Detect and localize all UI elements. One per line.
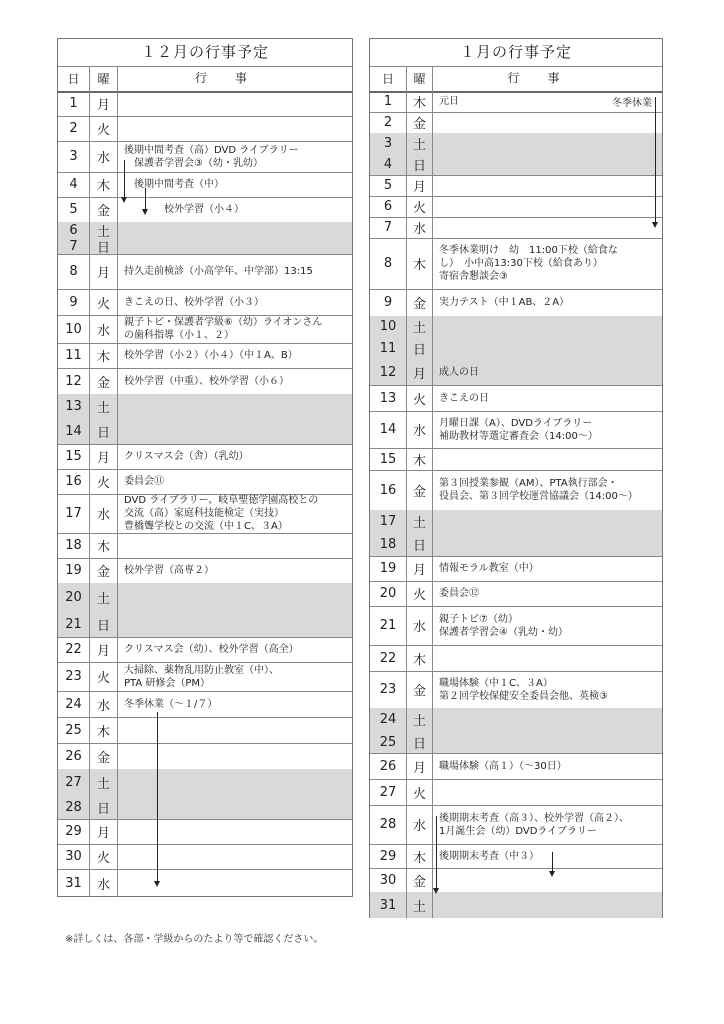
weekday: 火 bbox=[90, 469, 118, 494]
weekday: 木 bbox=[407, 844, 433, 868]
day-number: 20 bbox=[58, 583, 90, 611]
table-row: 9火きこえの日、校外学習（小３） bbox=[58, 289, 352, 316]
table-row: 15木 bbox=[370, 448, 662, 471]
event-text: 実力テスト（中１AB、２A） bbox=[433, 289, 662, 316]
table-row: 28水後期期末考査（高３）、校外学習（高２）、 1月誕生会（幼）DVDライブラリ… bbox=[370, 805, 662, 845]
weekday: 木 bbox=[90, 343, 118, 368]
day-number: 19 bbox=[58, 558, 90, 583]
day-number: 22 bbox=[58, 637, 90, 662]
header-events: 行事 bbox=[433, 66, 662, 91]
day-number: 22 bbox=[370, 645, 407, 671]
table-row: 15月クリスマス会（舎）（乳幼） bbox=[58, 444, 352, 470]
weekday: 金 bbox=[407, 671, 433, 708]
day-number: 24 bbox=[370, 708, 407, 731]
day-number: 30 bbox=[370, 868, 407, 892]
table-row: 25木 bbox=[58, 717, 352, 744]
footnote: ※詳しくは、各部・学級からのたより等で確認ください。 bbox=[65, 930, 323, 945]
table-row: 27火 bbox=[370, 779, 662, 806]
table-row: 28日 bbox=[58, 795, 352, 820]
event-text bbox=[118, 222, 352, 238]
table-row: 23火大掃除、薬物乱用防止教室（中）、 PTA 研修会（PM） bbox=[58, 662, 352, 692]
day-number: 17 bbox=[58, 494, 90, 533]
event-text bbox=[118, 91, 352, 116]
day-number: 25 bbox=[370, 731, 407, 753]
day-number: 28 bbox=[58, 795, 90, 819]
day-number: 31 bbox=[370, 892, 407, 918]
day-number: 6 bbox=[58, 222, 90, 238]
event-text bbox=[118, 116, 352, 141]
weekday: 水 bbox=[407, 411, 433, 448]
weekday: 木 bbox=[407, 645, 433, 671]
day-number: 16 bbox=[370, 470, 407, 510]
day-number: 12 bbox=[58, 368, 90, 394]
table-row: 9金実力テスト（中１AB、２A） bbox=[370, 289, 662, 317]
table-row: 13土 bbox=[58, 394, 352, 420]
day-number: 4 bbox=[370, 154, 407, 175]
day-number: 9 bbox=[58, 289, 90, 315]
day-number: 19 bbox=[370, 556, 407, 581]
event-text: クリスマス会（幼）、校外学習（高全） bbox=[118, 637, 352, 662]
weekday: 金 bbox=[90, 743, 118, 769]
arrow-down-icon bbox=[552, 852, 553, 872]
table-row: 11日 bbox=[370, 337, 662, 361]
event-text bbox=[433, 448, 662, 470]
january-schedule-table: １月の行事予定 日 曜 行事 1木元日冬季休業2金3土4日5月6火7水8木冬季休… bbox=[369, 38, 663, 918]
table-row: 31水 bbox=[58, 869, 352, 897]
weekday: 水 bbox=[407, 217, 433, 238]
day-number: 13 bbox=[58, 394, 90, 419]
weekday: 水 bbox=[90, 691, 118, 717]
weekday: 木 bbox=[90, 172, 118, 197]
table-row: 26月職場体験（高１）（～30日） bbox=[370, 753, 662, 780]
table-row: 1月 bbox=[58, 91, 352, 117]
event-text bbox=[118, 611, 352, 637]
event-text bbox=[118, 717, 352, 743]
table-row: 5金 校外学習（小４） bbox=[58, 197, 352, 223]
table-row: 27土 bbox=[58, 769, 352, 796]
event-text bbox=[433, 112, 662, 133]
table-row: 16金第３回授業参観（AM）、PTA執行部会・ 役員会、第３回学校運営協議会（1… bbox=[370, 470, 662, 511]
table-row: 22木 bbox=[370, 645, 662, 672]
weekday: 日 bbox=[90, 419, 118, 444]
weekday: 水 bbox=[90, 869, 118, 897]
event-text: 持久走前検診（小高学年、中学部）13:15 bbox=[118, 254, 352, 289]
weekday: 木 bbox=[90, 533, 118, 558]
day-number: 25 bbox=[58, 717, 90, 743]
weekday: 土 bbox=[407, 708, 433, 731]
table-row: 17水DVD ライブラリー、岐阜聖徳学園高校との 交流（高）家庭科技能検定（実技… bbox=[58, 494, 352, 534]
table-row: 12月成人の日 bbox=[370, 360, 662, 386]
day-number: 27 bbox=[58, 769, 90, 795]
weekday: 金 bbox=[407, 289, 433, 316]
event-text: 校外学習（小２）（小４）（中１A、B） bbox=[118, 343, 352, 368]
header-day: 日 bbox=[58, 66, 90, 91]
header-weekday: 曜 bbox=[407, 66, 433, 91]
weekday: 土 bbox=[90, 769, 118, 795]
event-text: 校外学習（高専２） bbox=[118, 558, 352, 583]
event-text: きこえの日、校外学習（小３） bbox=[118, 289, 352, 315]
event-text bbox=[118, 394, 352, 419]
day-number: 1 bbox=[58, 91, 90, 116]
event-text: 職場体験（中１C、３A） 第２回学校保健安全委員会他、英検③ bbox=[433, 671, 662, 708]
weekday: 金 bbox=[407, 868, 433, 892]
weekday: 木 bbox=[90, 717, 118, 743]
event-text bbox=[433, 708, 662, 731]
event-text: 親子トピ⑦（幼） 保護者学習会④（乳幼・幼） bbox=[433, 606, 662, 645]
event-text bbox=[433, 154, 662, 175]
day-number: 7 bbox=[370, 217, 407, 238]
day-number: 8 bbox=[370, 238, 407, 289]
event-text bbox=[118, 743, 352, 769]
event-text bbox=[118, 583, 352, 611]
table-row: 7日 bbox=[58, 238, 352, 255]
day-number: 15 bbox=[58, 444, 90, 469]
event-text bbox=[118, 533, 352, 558]
table-row: 13火きこえの日 bbox=[370, 385, 662, 412]
event-text bbox=[433, 645, 662, 671]
event-text: 後期期末考査（高３）、校外学習（高２）、 1月誕生会（幼）DVDライブラリー bbox=[433, 805, 662, 844]
weekday: 月 bbox=[407, 753, 433, 779]
table-row: 2金 bbox=[370, 112, 662, 134]
table-row: 8木冬季休業明け 幼 11:00下校（給食な し） 小中高13:30下校（給食あ… bbox=[370, 238, 662, 290]
january-title: １月の行事予定 bbox=[370, 39, 662, 67]
weekday: 日 bbox=[407, 731, 433, 753]
table-row: 21水親子トピ⑦（幼） 保護者学習会④（乳幼・幼） bbox=[370, 606, 662, 646]
weekday: 土 bbox=[407, 510, 433, 533]
weekday: 土 bbox=[407, 316, 433, 337]
table-row: 3水後期中間考査（高）DVD ライブラリー 保護者学習会③（幼・乳幼） bbox=[58, 141, 352, 173]
day-number: 23 bbox=[58, 662, 90, 691]
day-number: 5 bbox=[370, 175, 407, 196]
table-row: 29月 bbox=[58, 819, 352, 845]
table-row: 22月クリスマス会（幼）、校外学習（高全） bbox=[58, 637, 352, 663]
weekday: 月 bbox=[90, 444, 118, 469]
table-row: 16火委員会⑪ bbox=[58, 469, 352, 495]
day-number: 28 bbox=[370, 805, 407, 844]
table-row: 24水冬季休業（～１/７） bbox=[58, 691, 352, 718]
event-text bbox=[433, 196, 662, 217]
event-text bbox=[118, 795, 352, 819]
event-text bbox=[118, 769, 352, 795]
event-text bbox=[118, 844, 352, 869]
event-text bbox=[118, 419, 352, 444]
day-number: 11 bbox=[58, 343, 90, 368]
weekday: 土 bbox=[407, 892, 433, 918]
table-row: 14日 bbox=[58, 419, 352, 445]
day-number: 7 bbox=[58, 238, 90, 254]
table-row: 29木後期期末考査（中３） bbox=[370, 844, 662, 869]
weekday: 月 bbox=[90, 91, 118, 116]
day-number: 16 bbox=[58, 469, 90, 494]
day-number: 2 bbox=[58, 116, 90, 141]
day-number: 13 bbox=[370, 385, 407, 411]
event-text: 冬季休業（～１/７） bbox=[118, 691, 352, 717]
weekday: 月 bbox=[90, 637, 118, 662]
table-row: 17土 bbox=[370, 510, 662, 534]
weekday: 月 bbox=[90, 254, 118, 289]
weekday: 火 bbox=[407, 581, 433, 606]
december-schedule-table: １２月の行事予定 日 曜 行事 1月2火3水後期中間考査（高）DVD ライブラリ… bbox=[57, 38, 353, 897]
weekday: 火 bbox=[90, 662, 118, 691]
table-row: 4日 bbox=[370, 154, 662, 176]
table-row: 30金 bbox=[370, 868, 662, 893]
weekday: 火 bbox=[407, 385, 433, 411]
weekday: 日 bbox=[90, 611, 118, 637]
event-text: 親子トピ・保護者学級⑥（幼）ライオンさん の歯科指導（小１、２） bbox=[118, 315, 352, 343]
weekday: 木 bbox=[407, 91, 433, 112]
table-row: 21日 bbox=[58, 611, 352, 638]
table-row: 19金校外学習（高専２） bbox=[58, 558, 352, 584]
weekday: 水 bbox=[90, 494, 118, 533]
event-text: クリスマス会（舎）（乳幼） bbox=[118, 444, 352, 469]
day-number: 21 bbox=[58, 611, 90, 637]
weekday: 木 bbox=[407, 238, 433, 289]
event-text: 委員会⑪ bbox=[118, 469, 352, 494]
day-number: 29 bbox=[370, 844, 407, 868]
weekday: 日 bbox=[90, 795, 118, 819]
day-number: 12 bbox=[370, 360, 407, 385]
table-row: 2火 bbox=[58, 116, 352, 142]
day-number: 14 bbox=[58, 419, 90, 444]
day-number: 2 bbox=[370, 112, 407, 133]
table-row: 4木 後期中間考査（中） bbox=[58, 172, 352, 198]
table-row: 30火 bbox=[58, 844, 352, 870]
weekday: 月 bbox=[90, 819, 118, 844]
table-row: 31土 bbox=[370, 892, 662, 918]
weekday: 木 bbox=[407, 448, 433, 470]
table-row: 6火 bbox=[370, 196, 662, 218]
table-row: 3土 bbox=[370, 133, 662, 155]
weekday: 火 bbox=[407, 196, 433, 217]
weekday: 日 bbox=[407, 154, 433, 175]
arrow-down-icon bbox=[436, 816, 437, 889]
day-number: 15 bbox=[370, 448, 407, 470]
weekday: 日 bbox=[407, 533, 433, 556]
event-text bbox=[433, 510, 662, 533]
event-text: 冬季休業明け 幼 11:00下校（給食な し） 小中高13:30下校（給食あり）… bbox=[433, 238, 662, 289]
day-number: 30 bbox=[58, 844, 90, 869]
table-row: 18日 bbox=[370, 533, 662, 557]
table-row: 20土 bbox=[58, 583, 352, 612]
event-text: DVD ライブラリー、岐阜聖徳学園高校との 交流（高）家庭科技能検定（実技） 豊… bbox=[118, 494, 352, 533]
event-text bbox=[118, 238, 352, 254]
header-weekday: 曜 bbox=[90, 66, 118, 91]
table-row: 18木 bbox=[58, 533, 352, 559]
event-text bbox=[433, 533, 662, 556]
weekday: 日 bbox=[90, 238, 118, 254]
weekday: 土 bbox=[90, 394, 118, 419]
table-row: 5月 bbox=[370, 175, 662, 197]
weekday: 日 bbox=[407, 337, 433, 360]
header-day: 日 bbox=[370, 66, 407, 91]
day-number: 18 bbox=[58, 533, 90, 558]
day-number: 4 bbox=[58, 172, 90, 197]
table-row: 20火委員会⑫ bbox=[370, 581, 662, 607]
weekday: 金 bbox=[407, 112, 433, 133]
day-number: 26 bbox=[58, 743, 90, 769]
weekday: 水 bbox=[90, 315, 118, 343]
day-number: 29 bbox=[58, 819, 90, 844]
day-number: 24 bbox=[58, 691, 90, 717]
day-number: 26 bbox=[370, 753, 407, 779]
day-number: 10 bbox=[370, 316, 407, 337]
weekday: 水 bbox=[90, 141, 118, 172]
table-row: 19月情報モラル教室（中） bbox=[370, 556, 662, 582]
table-row: 26金 bbox=[58, 743, 352, 770]
event-text: 第３回授業参観（AM）、PTA執行部会・ 役員会、第３回学校運営協議会（14:0… bbox=[433, 470, 662, 510]
arrow-down-icon bbox=[157, 712, 158, 882]
weekday: 火 bbox=[90, 116, 118, 141]
weekday: 金 bbox=[90, 558, 118, 583]
day-number: 31 bbox=[58, 869, 90, 897]
day-number: 10 bbox=[58, 315, 90, 343]
table-row: 10土 bbox=[370, 316, 662, 338]
day-number: 11 bbox=[370, 337, 407, 360]
event-text bbox=[433, 337, 662, 360]
event-text: 後期中間考査（高）DVD ライブラリー 保護者学習会③（幼・乳幼） bbox=[118, 141, 352, 172]
arrow-down-icon bbox=[145, 188, 146, 210]
event-text: 校外学習（小４） bbox=[118, 197, 352, 222]
event-text: 委員会⑫ bbox=[433, 581, 662, 606]
january-header-row: 日 曜 行事 bbox=[370, 66, 662, 93]
day-number: 3 bbox=[58, 141, 90, 172]
weekday: 月 bbox=[407, 360, 433, 385]
event-text: 職場体験（高１）（～30日） bbox=[433, 753, 662, 779]
event-text: 後期期末考査（中３） bbox=[433, 844, 662, 868]
table-row: 25日 bbox=[370, 731, 662, 754]
day-number: 3 bbox=[370, 133, 407, 154]
weekday: 水 bbox=[407, 805, 433, 844]
event-text bbox=[433, 316, 662, 337]
day-number: 5 bbox=[58, 197, 90, 222]
day-number: 21 bbox=[370, 606, 407, 645]
event-text bbox=[433, 868, 662, 892]
arrow-down-icon bbox=[655, 97, 656, 223]
event-text: きこえの日 bbox=[433, 385, 662, 411]
weekday: 水 bbox=[407, 606, 433, 645]
event-text: 情報モラル教室（中） bbox=[433, 556, 662, 581]
table-row: 10水親子トピ・保護者学級⑥（幼）ライオンさん の歯科指導（小１、２） bbox=[58, 315, 352, 344]
table-row: 1木元日冬季休業 bbox=[370, 91, 662, 113]
weekday: 火 bbox=[407, 779, 433, 805]
day-number: 23 bbox=[370, 671, 407, 708]
day-number: 9 bbox=[370, 289, 407, 316]
event-text bbox=[433, 892, 662, 918]
day-number: 1 bbox=[370, 91, 407, 112]
weekday: 月 bbox=[407, 556, 433, 581]
day-number: 17 bbox=[370, 510, 407, 533]
table-row: 12金校外学習（中重）、校外学習（小６） bbox=[58, 368, 352, 395]
table-row: 7水 bbox=[370, 217, 662, 239]
winter-break-label: 冬季休業 bbox=[612, 94, 652, 109]
table-row: 11木校外学習（小２）（小４）（中１A、B） bbox=[58, 343, 352, 369]
event-text: 校外学習（中重）、校外学習（小６） bbox=[118, 368, 352, 394]
weekday: 金 bbox=[90, 368, 118, 394]
arrow-down-icon bbox=[124, 160, 125, 198]
day-number: 8 bbox=[58, 254, 90, 289]
weekday: 金 bbox=[407, 470, 433, 510]
weekday: 土 bbox=[407, 133, 433, 154]
day-number: 20 bbox=[370, 581, 407, 606]
weekday: 金 bbox=[90, 197, 118, 222]
december-header-row: 日 曜 行事 bbox=[58, 66, 352, 93]
event-text bbox=[433, 779, 662, 805]
table-row: 8月持久走前検診（小高学年、中学部）13:15 bbox=[58, 254, 352, 290]
table-row: 23金職場体験（中１C、３A） 第２回学校保健安全委員会他、英検③ bbox=[370, 671, 662, 709]
event-text: 後期中間考査（中） bbox=[118, 172, 352, 197]
weekday: 土 bbox=[90, 583, 118, 611]
weekday: 火 bbox=[90, 289, 118, 315]
event-text bbox=[433, 731, 662, 753]
table-row: 24土 bbox=[370, 708, 662, 732]
weekday: 火 bbox=[90, 844, 118, 869]
day-number: 14 bbox=[370, 411, 407, 448]
event-text bbox=[118, 819, 352, 844]
december-title: １２月の行事予定 bbox=[58, 39, 352, 67]
day-number: 6 bbox=[370, 196, 407, 217]
event-text: 月曜日課（A）、DVDライブラリー 補助教材等選定審査会（14:00～） bbox=[433, 411, 662, 448]
event-text: 大掃除、薬物乱用防止教室（中）、 PTA 研修会（PM） bbox=[118, 662, 352, 691]
table-row: 14水月曜日課（A）、DVDライブラリー 補助教材等選定審査会（14:00～） bbox=[370, 411, 662, 449]
event-text: 成人の日 bbox=[433, 360, 662, 385]
weekday: 月 bbox=[407, 175, 433, 196]
day-number: 18 bbox=[370, 533, 407, 556]
day-number: 27 bbox=[370, 779, 407, 805]
event-text bbox=[433, 217, 662, 238]
event-text bbox=[433, 175, 662, 196]
event-text bbox=[433, 133, 662, 154]
header-events: 行事 bbox=[118, 66, 352, 91]
